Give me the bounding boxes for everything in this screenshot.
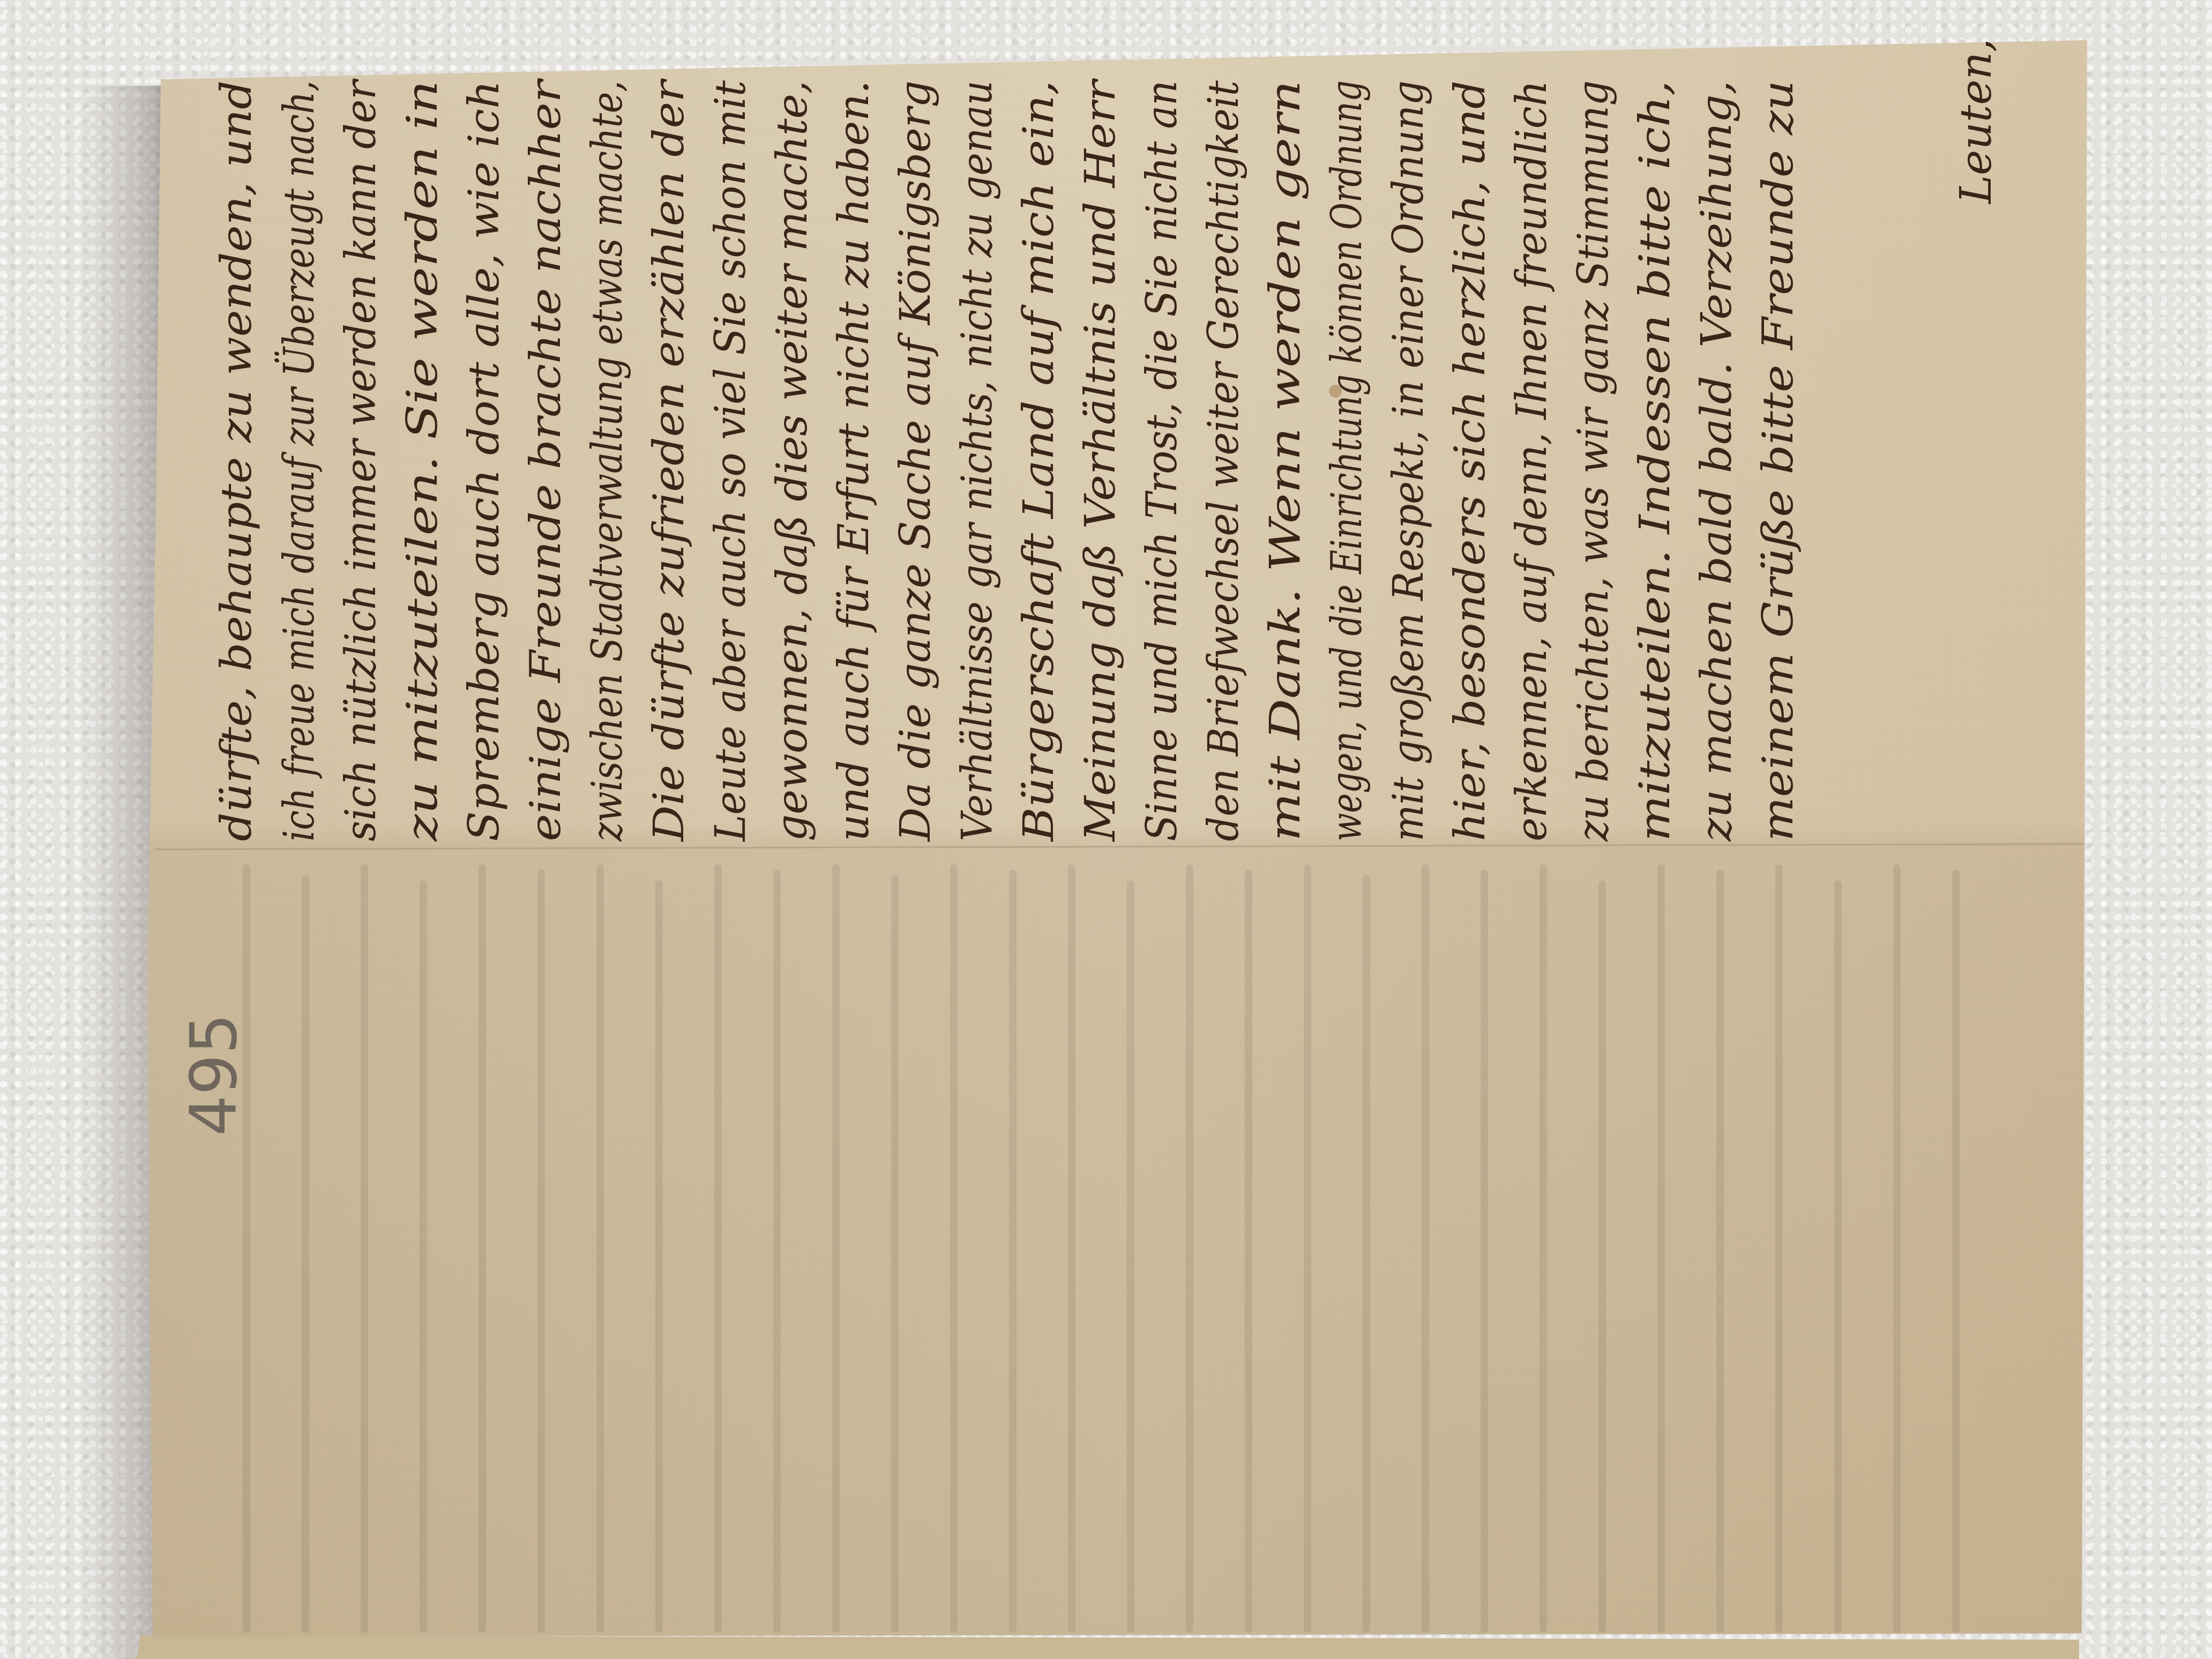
text-line: erkennen, auf denn, Ihnen freundlich: [1508, 80, 1556, 841]
text-line: den Briefwechsel weiter Gerechtigkeit: [1200, 80, 1248, 841]
text-line: einige Freunde brachte nachher: [522, 78, 570, 841]
text-line: zu machen bald bald. Verzeihung,: [1693, 80, 1741, 842]
text-line: ich freue mich darauf zur Überzeugt nach…: [274, 80, 324, 841]
text-line: hier, besonders sich herzlich, und: [1446, 80, 1494, 841]
archive-number-pencil: 495: [177, 1013, 251, 1136]
text-line: wegen, und die Einrichtung können Ordnun…: [1323, 80, 1371, 841]
text-line: Da die ganze Sache auf Königsberg: [892, 80, 940, 842]
text-line: Meinung daß Verhältnis und Herr: [1077, 78, 1125, 842]
text-line: Leute aber auch so viel Sie schon mit: [707, 80, 755, 842]
text-line: sich nützlich immer werden kann der: [337, 78, 385, 841]
letter-sheet: dürfte, behaupte zu wenden, und ich freu…: [0, 0, 2212, 1659]
text-line: Spremberg auch dort alle, wie ich: [460, 80, 509, 841]
text-line: Bürgerschaft Land auf mich ein,: [1015, 80, 1063, 842]
text-line: zu berichten, was wir ganz Stimmung: [1570, 80, 1618, 842]
underlying-sheet: [137, 1635, 2079, 1659]
catchword: Leuten,: [1951, 39, 2001, 205]
text-line: Sinne und mich Trost, die Sie nicht an: [1138, 80, 1186, 841]
text-line: zwischen Stadtverwaltung etwas machte,: [584, 80, 632, 842]
text-line: meinem Grüße bitte Freunde zu: [1754, 80, 1803, 841]
text-line: gewonnen, daß dies weiter machte,: [768, 80, 817, 841]
text-line: zu mitzuteilen. Sie werden in: [399, 80, 447, 842]
text-line: mitzuteilen. Indessen bitte ich,: [1631, 80, 1679, 841]
text-line: mit Dank. Wenn werden gern: [1261, 80, 1310, 841]
text-line: mit großem Respekt, in einer Ordnung: [1385, 80, 1433, 841]
text-line: Verhältnisse gar nichts, nicht zu genau: [953, 80, 1002, 841]
handwritten-text: dürfte, behaupte zu wenden, und ich freu…: [213, 39, 2001, 843]
text-line: Die dürfte zufrieden erzählen der: [645, 78, 693, 842]
text-line: dürfte, behaupte zu wenden, und: [213, 80, 261, 841]
text-line: und auch für Erfurt nicht zu haben.: [830, 80, 878, 841]
